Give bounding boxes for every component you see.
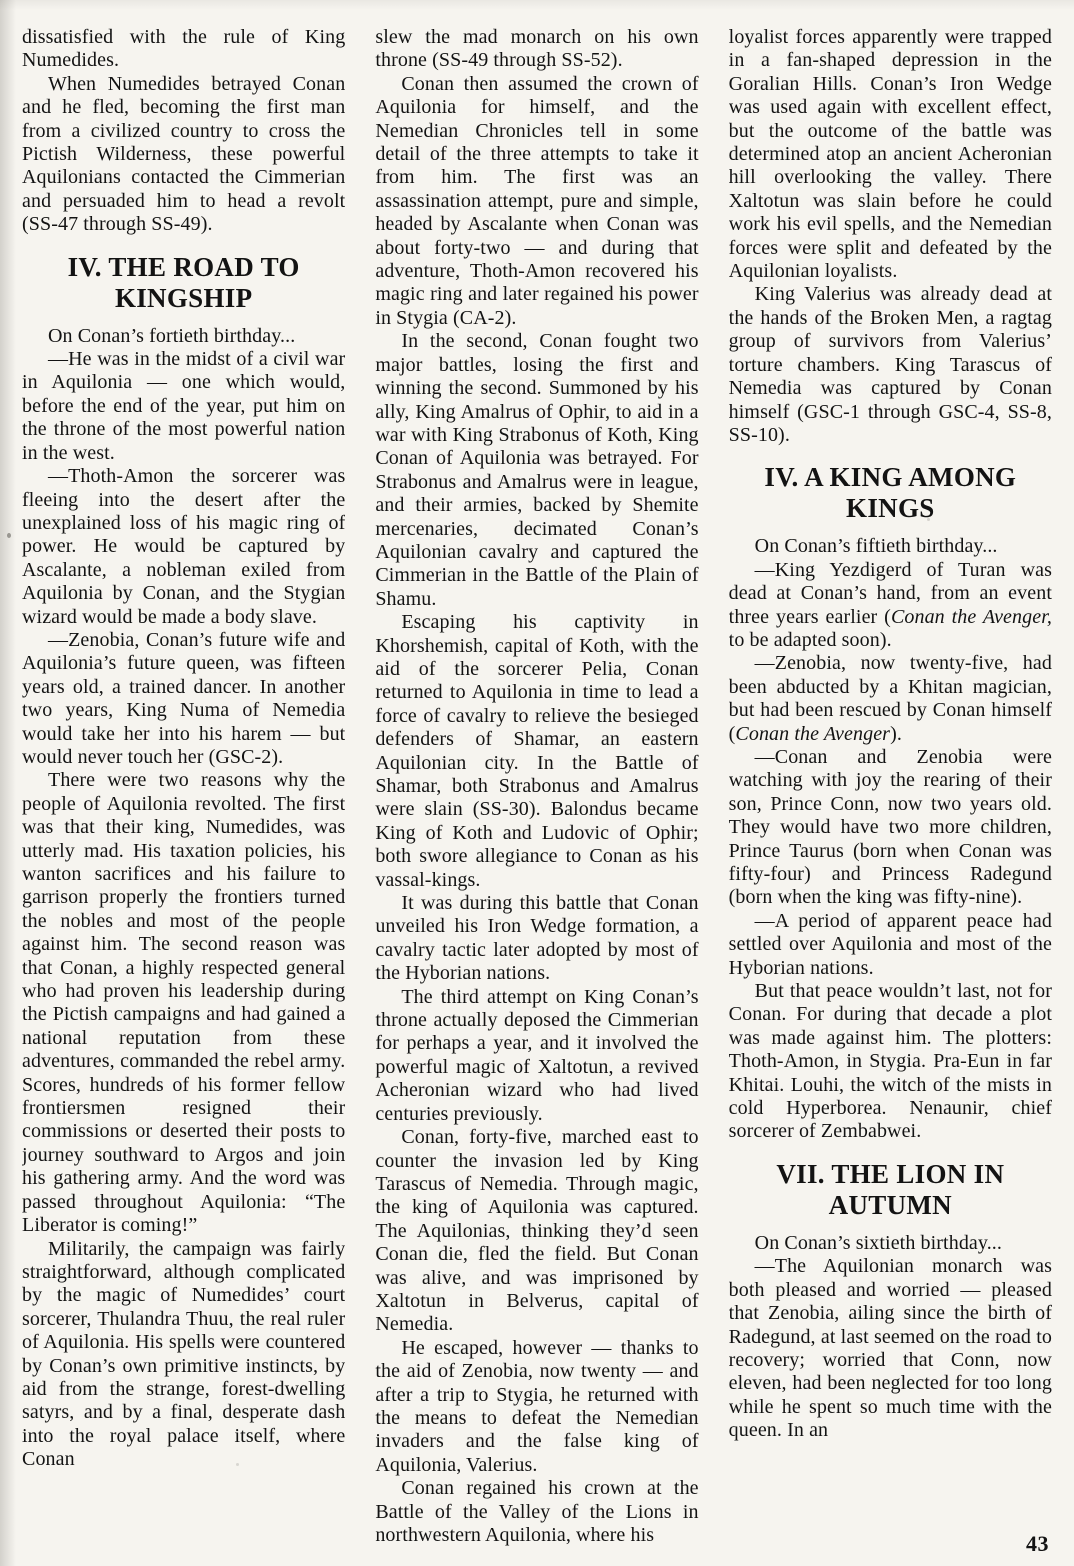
paragraph: On Conan’s sixtieth birthday... xyxy=(729,1232,1052,1255)
paragraph: —The Aquilonian monarch was both pleased… xyxy=(729,1255,1052,1442)
paragraph: —Zenobia, Conan’s future wife and Aquilo… xyxy=(22,629,345,769)
page-number: 43 xyxy=(1026,1531,1049,1557)
paragraph: On Conan’s fiftieth birthday... xyxy=(729,535,1052,558)
column-2: slew the mad monarch on his own throne (… xyxy=(375,26,698,1556)
paragraph: slew the mad monarch on his own throne (… xyxy=(375,26,698,73)
content-columns: dissatisfied with the rule of King Numed… xyxy=(0,0,1074,1556)
paragraph: —Conan and Zenobia were watching with jo… xyxy=(729,746,1052,910)
paragraph: —King Yezdigerd of Turan was dead at Con… xyxy=(729,559,1052,653)
paragraph: —A period of apparent peace had settled … xyxy=(729,910,1052,980)
paragraph: It was during this battle that Conan unv… xyxy=(375,892,698,986)
paragraph: —Zenobia, now twenty-five, had been abdu… xyxy=(729,652,1052,746)
paragraph: When Numedides betrayed Conan and he fle… xyxy=(22,73,345,237)
column-1: dissatisfied with the rule of King Numed… xyxy=(22,26,345,1556)
paragraph: On Conan’s fortieth birthday... xyxy=(22,325,345,348)
paragraph: loyalist forces apparently were trapped … xyxy=(729,26,1052,283)
magazine-page: dissatisfied with the rule of King Numed… xyxy=(0,0,1074,1566)
paragraph: But that peace wouldn’t last, not for Co… xyxy=(729,980,1052,1144)
section-heading: VII. THE LION IN AUTUMN xyxy=(733,1159,1048,1221)
paragraph: —Thoth-Amon the sorcerer was fleeing int… xyxy=(22,465,345,629)
paragraph: Conan then assumed the crown of Aquiloni… xyxy=(375,73,698,330)
paragraph: There were two reasons why the people of… xyxy=(22,769,345,1237)
paragraph: Escaping his captivity in Khorshemish, c… xyxy=(375,611,698,892)
section-heading: IV. A KING AMONG KINGS xyxy=(733,462,1048,524)
paragraph: He escaped, however — thanks to the aid … xyxy=(375,1337,698,1477)
paragraph: —He was in the midst of a civil war in A… xyxy=(22,348,345,465)
paragraph: In the second, Conan fought two major ba… xyxy=(375,330,698,611)
paragraph: Conan regained his crown at the Battle o… xyxy=(375,1477,698,1547)
paragraph: King Valerius was already dead at the ha… xyxy=(729,283,1052,447)
column-3: loyalist forces apparently were trapped … xyxy=(729,26,1052,1556)
paragraph: dissatisfied with the rule of King Numed… xyxy=(22,26,345,73)
paragraph: The third attempt on King Conan’s throne… xyxy=(375,986,698,1126)
section-heading: IV. THE ROAD TO KINGSHIP xyxy=(26,252,341,314)
paragraph: Militarily, the campaign was fairly stra… xyxy=(22,1238,345,1472)
paragraph: Conan, forty-five, marched east to count… xyxy=(375,1126,698,1337)
